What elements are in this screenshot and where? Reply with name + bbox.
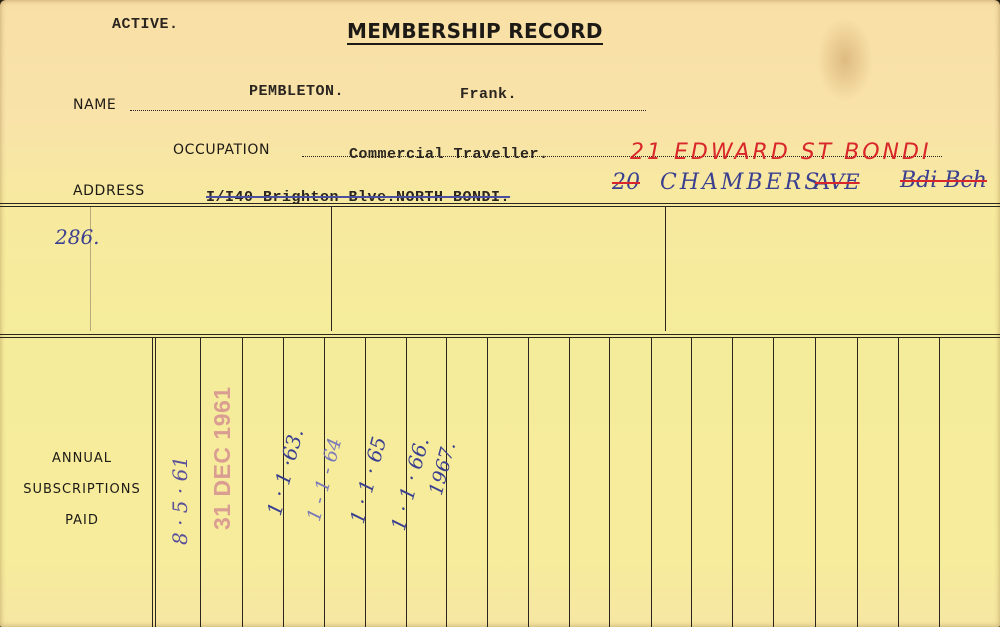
grid-line: [155, 338, 156, 627]
divider-lower-1: [0, 334, 1000, 335]
subscriptions-label-line-1: ANNUAL: [12, 451, 152, 466]
grid-line: [609, 338, 610, 627]
subscriptions-label-line-3: PAID: [12, 513, 152, 528]
divider-lower-2: [0, 337, 1000, 338]
middle-divider-2: [331, 207, 332, 331]
divider-upper-2: [0, 206, 1000, 207]
membership-record-card: ACTIVE. MEMBERSHIP RECORD NAME PEMBLETON…: [0, 0, 1000, 627]
subscriptions-label-line-2: SUBSCRIPTIONS: [12, 482, 152, 497]
grid-line: [939, 338, 940, 627]
name-label: NAME: [73, 97, 116, 113]
name-dotted-line: [130, 110, 646, 111]
divider-upper-1: [0, 203, 1000, 204]
status-label: ACTIVE.: [112, 16, 179, 33]
member-number: 286.: [55, 225, 100, 249]
subscription-entry-2-stamp: 31 DEC 1961: [209, 386, 236, 530]
occupation-label: OCCUPATION: [173, 142, 270, 158]
grid-line: [487, 338, 488, 627]
grid-line: [815, 338, 816, 627]
grid-line: [691, 338, 692, 627]
address-label: ADDRESS: [73, 183, 145, 199]
occupation-value: Commercial Traveller.: [349, 146, 549, 163]
address-amendment-2-type-struck: AVE: [815, 170, 860, 194]
subscription-entry-3: 1 · 1 ·63.: [262, 426, 308, 518]
grid-line: [152, 338, 153, 627]
grid-line: [200, 338, 201, 627]
address-amendment-2-street: CHAMBERS: [660, 170, 822, 195]
address-amendment-2-number-struck: 20: [612, 170, 640, 195]
subscription-entry-1: 8 · 5 · 61: [168, 456, 192, 545]
address-amendment-1: 21 EDWARD ST BONDI: [630, 140, 931, 165]
surname-value: PEMBLETON.: [249, 83, 344, 100]
subscription-entry-4: 1 - 1 - 64: [303, 436, 346, 524]
grid-line: [773, 338, 774, 627]
page-title: MEMBERSHIP RECORD: [347, 20, 603, 45]
middle-divider-3: [665, 207, 666, 331]
subscription-entry-5: 1 · 1 · 65: [345, 434, 391, 526]
grid-line: [569, 338, 570, 627]
grid-line: [651, 338, 652, 627]
grid-line: [857, 338, 858, 627]
address-amendment-2-suburb-struck: Bdi Bch: [900, 168, 987, 193]
given-name-value: Frank.: [460, 86, 517, 103]
grid-line: [732, 338, 733, 627]
grid-line: [898, 338, 899, 627]
grid-line: [242, 338, 243, 627]
grid-line: [528, 338, 529, 627]
